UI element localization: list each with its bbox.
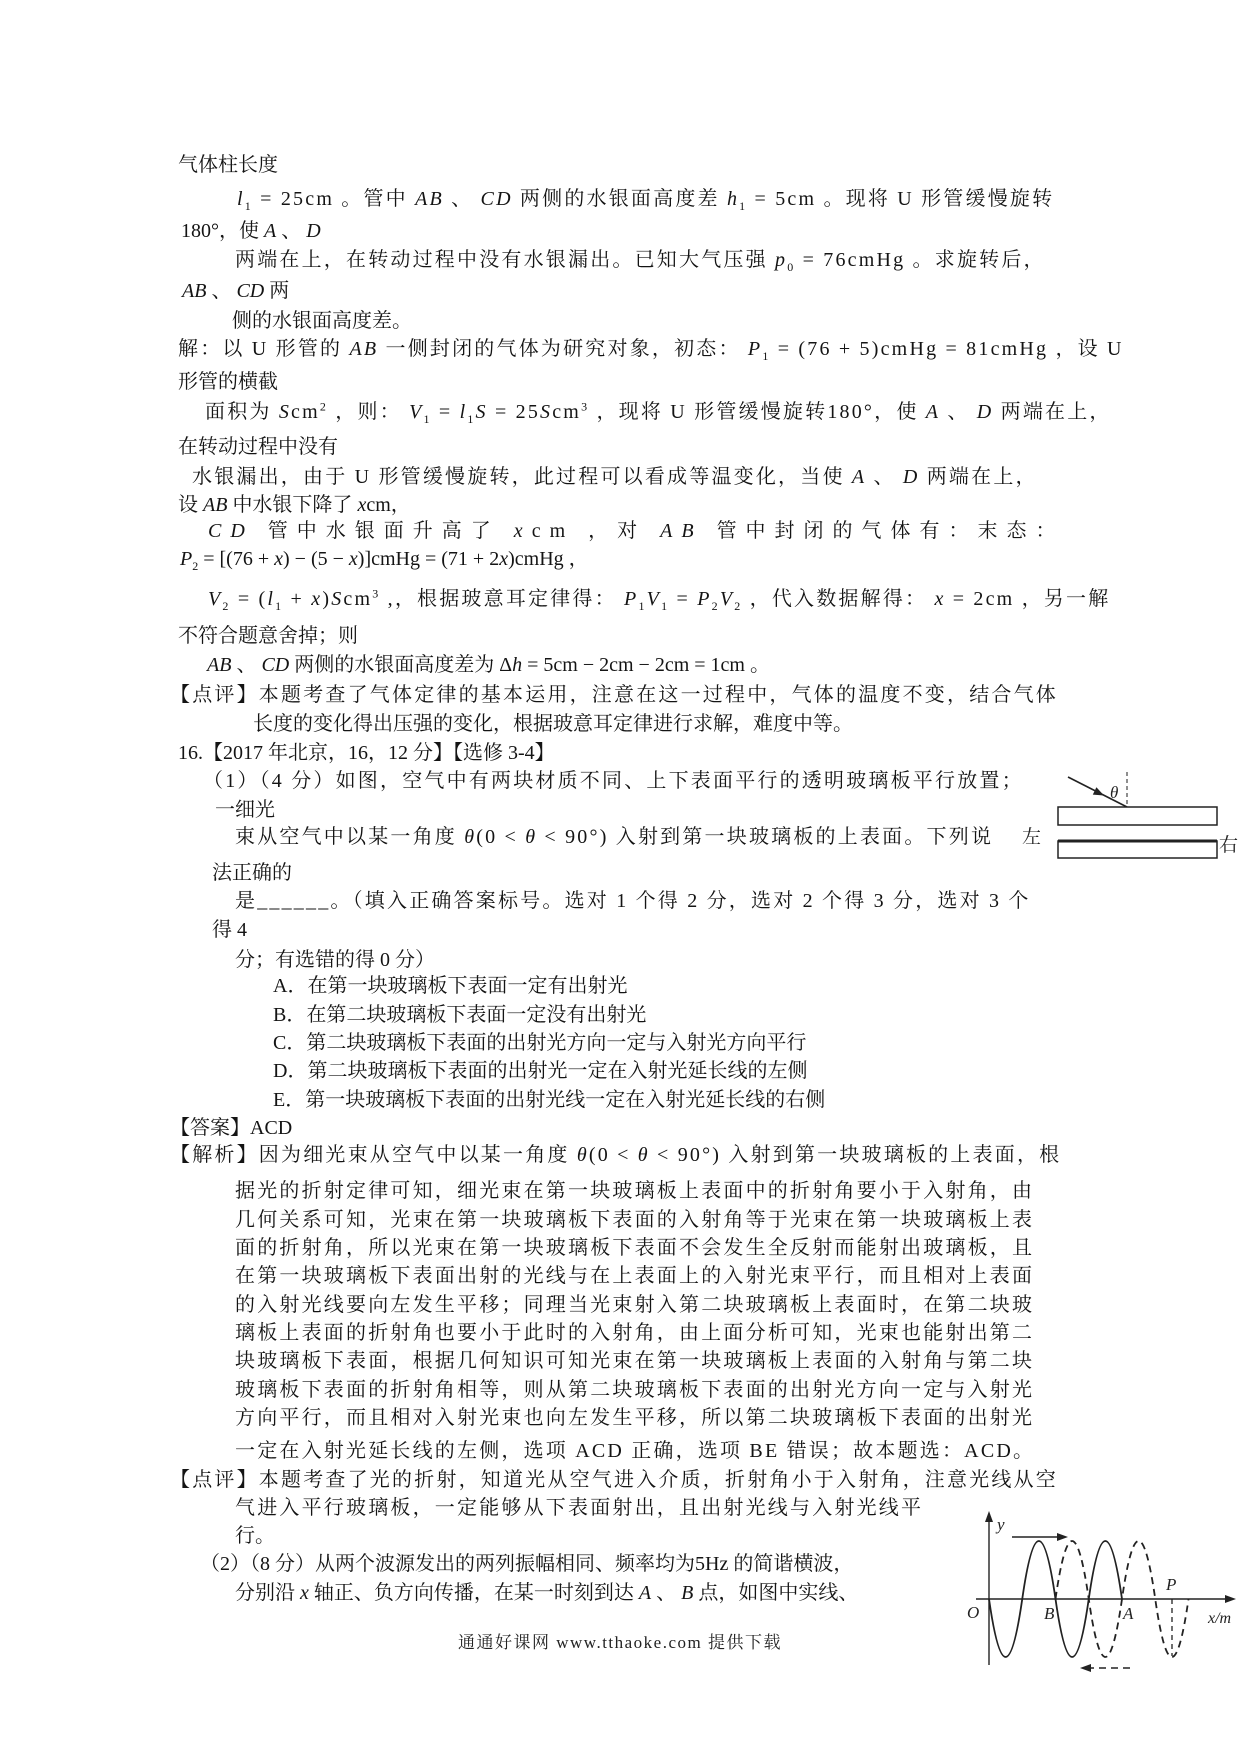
- y-axis-label: y: [995, 1515, 1005, 1534]
- solid-wave-direction-arrowhead-icon: [1057, 1533, 1068, 1541]
- point-a-label: A: [1122, 1604, 1134, 1623]
- doc-line: 分别沿 x 轴正、负方向传播，在某一时刻到达 A 、 B 点，如图中实线、: [235, 1580, 858, 1607]
- doc-line: 玻璃板下表面的折射角相等，则从第二块玻璃板下表面的出射光方向一定与入射光: [235, 1377, 1034, 1404]
- doc-line: 长度的变化得出压强的变化，根据玻意耳定律进行求解，难度中等。: [253, 711, 853, 738]
- doc-line: 璃板上表面的折射角也要小于此时的入射角，由上面分析可知，光束也能射出第二: [235, 1320, 1034, 1347]
- dashed-wave-direction-arrowhead-icon: [1080, 1664, 1091, 1672]
- left-label: 左: [1022, 826, 1041, 848]
- point-b-label: B: [1044, 1604, 1055, 1623]
- doc-line: 几何关系可知，光束在第一块玻璃板下表面的入射角等于光束在第一块玻璃板上表: [235, 1207, 1034, 1234]
- doc-line: 不符合题意舍掉；则: [178, 623, 358, 650]
- doc-line: V2 = (l1 + x)Scm3 ,，根据玻意耳定律得： P1V1 = P2V…: [208, 586, 1110, 613]
- doc-line: 据光的折射定律可知，细光束在第一块玻璃板上表面中的折射角要小于入射角，由: [235, 1178, 1034, 1205]
- doc-line: （1）（4 分）如图，空气中有两块材质不同、上下表面平行的透明玻璃板平行放置；: [203, 768, 1024, 795]
- doc-line: AB 、 CD 两: [182, 278, 289, 305]
- doc-line: 是______。（填入正确答案标号。选对 1 个得 2 分，选对 2 个得 3 …: [235, 888, 1031, 915]
- x-axis-label: x/m: [1207, 1610, 1231, 1627]
- doc-line: （2）（8 分）从两个波源发出的两列振幅相同、频率均为5Hz 的简谐横波，: [200, 1551, 853, 1578]
- doc-line: 【点评】本题考查了气体定律的基本运用，注意在这一过程中，气体的温度不变，结合气体: [170, 682, 1058, 709]
- y-axis-arrowhead-icon: [985, 1511, 993, 1522]
- doc-line: 两端在上，在转动过程中没有水银漏出。已知大气压强 p0 = 76cmHg 。求旋…: [235, 247, 1046, 274]
- doc-line: 16.【2017 年北京，16，12 分】【选修 3-4】: [178, 740, 555, 767]
- doc-line: 气进入平行玻璃板，一定能够从下表面射出，且出射光线与入射光线平: [235, 1495, 923, 1522]
- doc-line: 形管的横截: [178, 369, 278, 396]
- footer-watermark: 通通好课网 www.tthaoke.com 提供下载: [0, 1628, 1240, 1653]
- doc-line: 面积为 Scm2 ，则： V1 = l1S = 25Scm3 ，现将 U 形管缓…: [205, 399, 1112, 426]
- point-p-label: P: [1165, 1575, 1176, 1594]
- doc-line: 的入射光线要向左发生平移；同理当光束射入第二块玻璃板上表面时，在第二块玻: [235, 1292, 1034, 1319]
- doc-line: 行。: [235, 1523, 275, 1550]
- doc-line: 【点评】本题考查了光的折射，知道光从空气进入介质，折射角小于入射角，注意光线从空: [170, 1467, 1058, 1494]
- doc-line: 解：以 U 形管的 AB 一侧封闭的气体为研究对象，初态： P1 = (76 +…: [178, 336, 1124, 363]
- answer-line: 【答案】ACD: [170, 1115, 292, 1142]
- doc-line: 180°，使 A 、 D: [181, 218, 321, 245]
- doc-line: 块玻璃板下表面，根据几何知识可知光束在第一块玻璃板上表面的入射角与第二块: [235, 1348, 1034, 1375]
- right-label: 右: [1219, 834, 1238, 856]
- doc-line: CD 管中水银面升高了 xcm ，对 AB 管中封闭的气体有：末态：: [208, 518, 1065, 545]
- doc-line: 设 AB 中水银下降了 xcm，: [178, 492, 411, 519]
- doc-line: 侧的水银面高度差。: [232, 308, 412, 335]
- wave-diagram: y x/m O B A P: [940, 1500, 1240, 1685]
- option-b: B．在第二块玻璃板下表面一定没有出射光: [273, 1002, 646, 1029]
- theta-angle-label: θ: [1110, 783, 1118, 802]
- doc-line: 一细光: [215, 797, 275, 824]
- doc-line: 气体柱长度: [178, 152, 278, 179]
- x-axis-arrowhead-icon: [1225, 1595, 1236, 1603]
- glass-plates-figure: θ 左 右: [1000, 770, 1240, 870]
- document-page: 气体柱长度 l1 = 25cm 。管中 AB 、 CD 两侧的水银面高度差 h1…: [0, 0, 1240, 1754]
- doc-line: 法正确的: [212, 860, 292, 887]
- doc-line: 【解析】因为细光束从空气中以某一角度 θ(0 < θ < 90°) 入射到第一块…: [170, 1142, 1061, 1169]
- doc-line: 方向平行，而且相对入射光束也向左发生平移，所以第二块玻璃板下表面的出射光: [235, 1405, 1034, 1432]
- doc-line: 水银漏出，由于 U 形管缓慢旋转，此过程可以看成等温变化，当使 A 、 D 两端…: [192, 464, 1038, 491]
- doc-line: 在第一块玻璃板下表面出射的光线与在上表面上的入射光束平行，而且相对上表面: [235, 1263, 1034, 1290]
- glass-plate-2: [1058, 841, 1217, 858]
- incident-ray-arrowhead-icon: [1093, 787, 1104, 795]
- option-a: A．在第一块玻璃板下表面一定有出射光: [273, 973, 627, 1000]
- option-c: C．第二块玻璃板下表面的出射光方向一定与入射光方向平行: [273, 1030, 806, 1057]
- doc-line: AB 、 CD 两侧的水银面高度差为 Δh = 5cm − 2cm − 2cm …: [207, 652, 770, 679]
- doc-line: 在转动过程中没有: [178, 434, 338, 461]
- doc-line: 束从空气中以某一角度 θ(0 < θ < 90°) 入射到第一块玻璃板的上表面。…: [235, 824, 993, 851]
- option-e: E．第一块玻璃板下表面的出射光线一定在入射光延长线的右侧: [273, 1087, 825, 1114]
- doc-line: 得 4: [212, 917, 247, 944]
- doc-line: l1 = 25cm 。管中 AB 、 CD 两侧的水银面高度差 h1 = 5cm…: [237, 186, 1054, 213]
- doc-line: 一定在入射光延长线的左侧，选项 ACD 正确，选项 BE 错误；故本题选：ACD…: [235, 1438, 1035, 1465]
- origin-label: O: [967, 1603, 979, 1622]
- doc-line: P2 = [(76 + x) − (5 − x)]cmHg = (71 + 2x…: [180, 546, 589, 573]
- doc-line: 面的折射角，所以光束在第一块玻璃板下表面不会发生全反射而能射出玻璃板，且: [235, 1235, 1034, 1262]
- doc-line: 分；有选错的得 0 分）: [235, 947, 435, 974]
- option-d: D．第二块玻璃板下表面的出射光一定在入射光延长线的左侧: [273, 1058, 807, 1085]
- glass-plate-1: [1058, 807, 1217, 825]
